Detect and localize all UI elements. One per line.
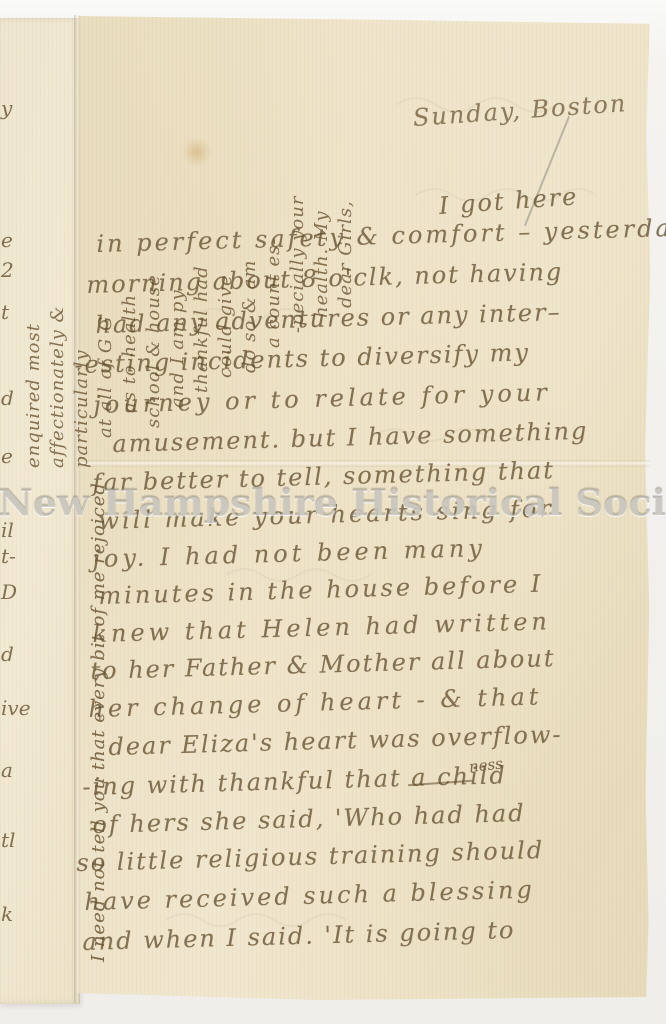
edge-fragment: y	[1, 96, 12, 120]
edge-fragment: 2	[1, 258, 14, 282]
cross-line: dear Girls,	[334, 58, 358, 468]
interlinear-insertion: ness	[468, 754, 504, 775]
archive-watermark: New Hampshire Historical Society	[0, 481, 666, 524]
cross-line: particularly	[70, 58, 94, 468]
cross-line: could give	[214, 58, 238, 468]
cross-line: school & house	[142, 58, 166, 468]
cross-line: as to health	[118, 58, 142, 468]
edge-fragment: e	[1, 444, 13, 468]
cross-line: and I am py	[166, 58, 190, 468]
cross-line: health. My	[310, 58, 334, 468]
edge-fragment: a	[1, 758, 13, 782]
cross-line: -pecially your	[286, 58, 310, 468]
edge-fragment: D	[1, 580, 17, 604]
edge-fragment: tl	[1, 828, 15, 852]
cross-line: at all of G G	[94, 58, 118, 468]
cross-line: enquired most	[22, 58, 46, 468]
edge-fragment: ive	[1, 696, 31, 720]
cross-line: a count es-	[262, 58, 286, 468]
letter-photo: Sunday, Boston I got here in perfect saf…	[0, 0, 666, 1024]
margin-cross-line: I need not tell you that every bit of me…	[88, 457, 112, 962]
edge-fragment: d	[1, 386, 14, 410]
edge-fragment: d	[1, 642, 14, 666]
edge-fragment: t	[1, 300, 9, 324]
edge-fragment: k	[1, 902, 13, 926]
edge-fragment: e	[1, 228, 13, 252]
cross-line: thankful had	[190, 58, 214, 468]
cross-line: do so & am	[238, 58, 262, 468]
edge-fragment: t-	[1, 544, 16, 568]
cross-writing-block: enquired most affectionately & particula…	[22, 58, 358, 468]
cross-line: affectionately &	[46, 58, 70, 468]
